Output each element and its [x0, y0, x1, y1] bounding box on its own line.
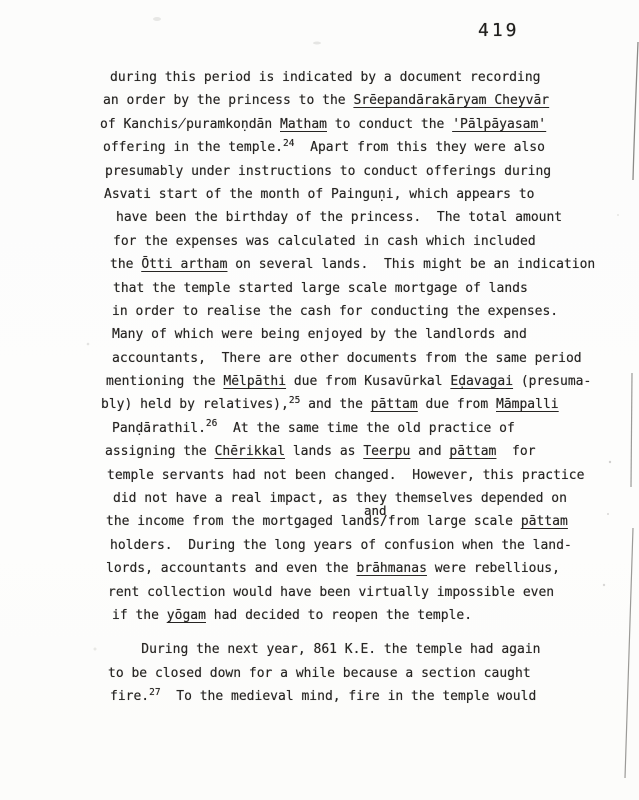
text-segment: due from: [418, 397, 496, 412]
scan-speck: [94, 648, 97, 651]
text-segment: did not have a real impact, as they them…: [113, 491, 567, 506]
underlined-term: pāttam: [371, 397, 418, 412]
text-segment: if the: [112, 608, 167, 623]
text-segment: an order by the princess to the: [103, 93, 353, 108]
text-segment: holders. During the long years of confus…: [110, 538, 572, 553]
underlined-term: 'Pālpāyasam': [452, 117, 546, 132]
text-line: have been the birthday of the princess. …: [116, 206, 595, 229]
scan-line-artifact: [625, 528, 633, 778]
footnote-reference: 24: [283, 138, 294, 149]
text-segment: presumably under instructions to conduct…: [105, 164, 551, 179]
text-segment: rent collection would have been virtuall…: [108, 585, 554, 600]
scan-speck: [153, 17, 161, 21]
text-line: Panḍārathil.26 At the same time the old …: [112, 417, 595, 440]
underlined-term: yōgam: [167, 608, 206, 623]
text-line: during this period is indicated by a doc…: [110, 66, 595, 89]
scan-speck: [313, 42, 321, 45]
text-segment: bly) held by relatives),: [101, 397, 289, 412]
page-number: 419: [478, 20, 520, 41]
text-line: Asvati start of the month of Painguṇi, w…: [104, 183, 595, 206]
text-segment: (presuma-: [513, 374, 591, 389]
inserted-word: and: [364, 499, 387, 522]
underlined-term: Mēlpāthi: [223, 374, 286, 389]
underlined-term: Srēepandārakāryam Cheyvār: [353, 93, 549, 108]
text-line: presumably under instructions to conduct…: [105, 160, 595, 183]
text-segment: have been the birthday of the princess. …: [116, 210, 562, 225]
text-line: an order by the princess to the Srēepand…: [103, 89, 595, 112]
underlined-term: Eḍavagai: [450, 374, 513, 389]
text-segment: lands as: [285, 444, 363, 459]
text-segment: due from Kusavūrkal: [286, 374, 450, 389]
text-line: bly) held by relatives),25 and the pātta…: [101, 393, 595, 416]
footnote-reference: 25: [289, 395, 300, 406]
text-segment: of Kanchis̸puramkoṇdān: [100, 117, 280, 132]
text-segment: Panḍārathil.: [112, 421, 206, 436]
text-segment: assigning the: [105, 444, 215, 459]
underlined-term: Teerpu: [363, 444, 410, 459]
text-line: holders. During the long years of confus…: [110, 534, 595, 557]
text-segment: to be closed down for a while because a …: [108, 666, 531, 681]
text-segment: temple servants had not been changed. Ho…: [107, 468, 584, 483]
scan-speck: [609, 461, 611, 463]
text-line: the Ōtti artham on several lands. This m…: [110, 253, 595, 276]
text-segment: in order to realise the cash for conduct…: [112, 304, 558, 319]
underlined-term: Ōtti artham: [141, 257, 227, 272]
text-segment: and the: [300, 397, 370, 412]
text-segment: to conduct the: [327, 117, 452, 132]
text-line: did not have a real impact, as they them…: [113, 487, 595, 510]
text-line: assigning the Chērikkal lands as Teerpu …: [105, 440, 595, 463]
text-segment: Apart from this they were also: [294, 140, 544, 155]
underlined-term: pāttam: [521, 514, 568, 529]
scan-speck: [617, 214, 619, 216]
text-line: the income from the mortgaged lands/from…: [106, 510, 595, 533]
scan-line-artifact: [633, 42, 638, 180]
text-line: offering in the temple.24 Apart from thi…: [103, 136, 595, 159]
scan-speck: [87, 343, 90, 346]
text-segment: and: [410, 444, 449, 459]
text-segment: during this period is indicated by a doc…: [110, 70, 540, 85]
text-line: fire.27 To the medieval mind, fire in th…: [110, 685, 595, 708]
text-segment: accountants, There are other documents f…: [112, 351, 582, 366]
footnote-reference: 27: [149, 687, 160, 698]
underlined-term: Chērikkal: [215, 444, 285, 459]
footnote-reference: 26: [206, 418, 217, 429]
text-segment: were rebellious,: [427, 561, 560, 576]
scan-speck: [603, 584, 605, 586]
underlined-term: pāttam: [449, 444, 496, 459]
scan-line-artifact: [631, 373, 632, 487]
text-segment: fire.: [110, 689, 149, 704]
scanned-page: 419 during this period is indicated by a…: [0, 0, 639, 800]
text-line: if the yōgam had decided to reopen the t…: [112, 604, 595, 627]
text-segment: that the temple started large scale mort…: [113, 281, 528, 296]
text-line: Many of which were being enjoyed by the …: [112, 323, 595, 346]
text-segment: on several lands. This might be an indic…: [227, 257, 595, 272]
text-line: rent collection would have been virtuall…: [108, 581, 595, 604]
text-segment: mentioning the: [106, 374, 223, 389]
text-line: mentioning the Mēlpāthi due from Kusavūr…: [106, 370, 595, 393]
underlined-term: Māmpalli: [496, 397, 559, 412]
text-line: lords, accountants and even the brāhmana…: [106, 557, 595, 580]
text-line: accountants, There are other documents f…: [112, 347, 595, 370]
text-segment: for the expenses was calculated in cash …: [113, 234, 536, 249]
underlined-term: Matham: [280, 117, 327, 132]
text-segment: To the medieval mind, fire in the temple…: [161, 689, 537, 704]
text-line: that the temple started large scale mort…: [113, 277, 595, 300]
text-line: During the next year, 861 K.E. the templ…: [110, 638, 595, 661]
text-segment: lords, accountants and even the: [106, 561, 356, 576]
text-segment: Asvati start of the month of Painguṇi, w…: [104, 187, 534, 202]
underlined-term: brāhmanas: [356, 561, 426, 576]
text-segment: the income from the mortgaged lands/from…: [106, 514, 521, 529]
text-segment: At the same time the old practice of: [217, 421, 514, 436]
text-line: temple servants had not been changed. Ho…: [107, 464, 595, 487]
text-segment: the: [110, 257, 141, 272]
text-segment: During the next year, 861 K.E. the templ…: [110, 642, 540, 657]
text-segment: had decided to reopen the temple.: [206, 608, 472, 623]
typewritten-text-block: during this period is indicated by a doc…: [110, 66, 595, 709]
text-line: for the expenses was calculated in cash …: [113, 230, 595, 253]
text-segment: offering in the temple.: [103, 140, 283, 155]
scan-speck: [607, 513, 609, 515]
text-line: in order to realise the cash for conduct…: [112, 300, 595, 323]
text-segment: for: [496, 444, 535, 459]
text-line: of Kanchis̸puramkoṇdān Matham to conduct…: [100, 113, 595, 136]
text-segment: Many of which were being enjoyed by the …: [112, 327, 527, 342]
text-line: to be closed down for a while because a …: [108, 662, 595, 685]
